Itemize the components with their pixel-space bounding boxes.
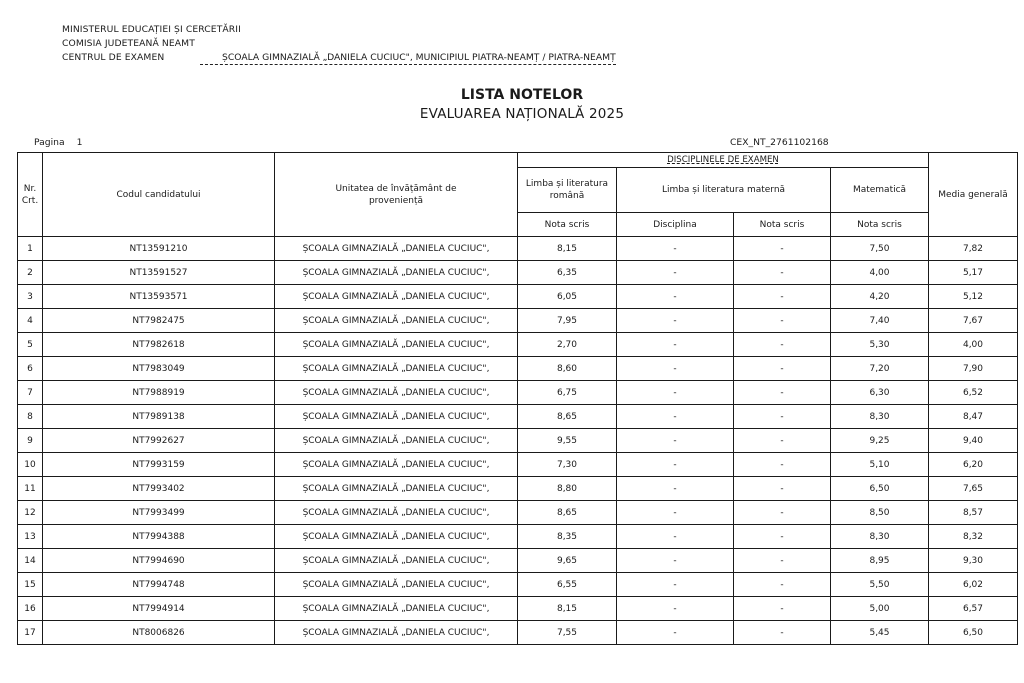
commission-name: COMISIA JUDETEANĂ NEAMT: [62, 38, 195, 50]
mother-tongue-discipline: -: [617, 573, 734, 597]
math-grade: 4,20: [831, 285, 929, 309]
table-row: 1NT13591210ȘCOALA GIMNAZIALĂ „DANIELA CU…: [18, 237, 1018, 261]
mother-tongue-grade: -: [734, 621, 831, 645]
average-grade: 5,12: [929, 285, 1018, 309]
romanian-grade: 8,15: [518, 237, 617, 261]
row-number: 7: [18, 381, 43, 405]
page-indicator: Pagina1: [34, 137, 82, 148]
romanian-grade: 8,35: [518, 525, 617, 549]
grades-table-body: 1NT13591210ȘCOALA GIMNAZIALĂ „DANIELA CU…: [18, 237, 1018, 645]
mother-tongue-discipline: -: [617, 525, 734, 549]
school-name: ȘCOALA GIMNAZIALĂ „DANIELA CUCIUC",: [275, 261, 518, 285]
header-school: Unitatea de învățământ de proveniență: [275, 153, 518, 237]
mother-tongue-discipline: -: [617, 477, 734, 501]
romanian-grade: 7,30: [518, 453, 617, 477]
row-number: 1: [18, 237, 43, 261]
table-row: 11NT7993402ȘCOALA GIMNAZIALĂ „DANIELA CU…: [18, 477, 1018, 501]
math-grade: 9,25: [831, 429, 929, 453]
candidate-code: NT7982475: [43, 309, 275, 333]
candidate-code: NT7993159: [43, 453, 275, 477]
school-name: ȘCOALA GIMNAZIALĂ „DANIELA CUCIUC",: [275, 549, 518, 573]
page-label: Pagina: [34, 137, 65, 148]
candidate-code: NT13591210: [43, 237, 275, 261]
mother-tongue-discipline: -: [617, 333, 734, 357]
school-name: ȘCOALA GIMNAZIALĂ „DANIELA CUCIUC",: [275, 597, 518, 621]
candidate-code: NT7993499: [43, 501, 275, 525]
school-name: ȘCOALA GIMNAZIALĂ „DANIELA CUCIUC",: [275, 405, 518, 429]
romanian-grade: 7,55: [518, 621, 617, 645]
mother-tongue-discipline: -: [617, 357, 734, 381]
mother-tongue-grade: -: [734, 333, 831, 357]
header-mother-tongue: Limba și literatura maternă: [617, 168, 831, 213]
math-grade: 7,50: [831, 237, 929, 261]
candidate-code: NT7982618: [43, 333, 275, 357]
table-row: 7NT7988919ȘCOALA GIMNAZIALĂ „DANIELA CUC…: [18, 381, 1018, 405]
candidate-code: NT8006826: [43, 621, 275, 645]
header-average: Media generală: [929, 153, 1018, 237]
math-grade: 6,30: [831, 381, 929, 405]
candidate-code: NT7983049: [43, 357, 275, 381]
school-name: ȘCOALA GIMNAZIALĂ „DANIELA CUCIUC",: [275, 237, 518, 261]
row-number: 15: [18, 573, 43, 597]
math-grade: 4,00: [831, 261, 929, 285]
average-grade: 7,82: [929, 237, 1018, 261]
mother-tongue-grade: -: [734, 453, 831, 477]
math-grade: 5,00: [831, 597, 929, 621]
row-number: 8: [18, 405, 43, 429]
mother-tongue-grade: -: [734, 381, 831, 405]
row-number: 16: [18, 597, 43, 621]
school-name: ȘCOALA GIMNAZIALĂ „DANIELA CUCIUC",: [275, 525, 518, 549]
math-grade: 8,30: [831, 525, 929, 549]
math-grade: 5,50: [831, 573, 929, 597]
row-number: 14: [18, 549, 43, 573]
school-name: ȘCOALA GIMNAZIALĂ „DANIELA CUCIUC",: [275, 621, 518, 645]
header-romanian: Limba și literatura română: [518, 168, 617, 213]
math-grade: 5,30: [831, 333, 929, 357]
mother-tongue-discipline: -: [617, 261, 734, 285]
average-grade: 7,67: [929, 309, 1018, 333]
school-name: ȘCOALA GIMNAZIALĂ „DANIELA CUCIUC",: [275, 453, 518, 477]
row-number: 9: [18, 429, 43, 453]
row-number: 10: [18, 453, 43, 477]
mother-tongue-grade: -: [734, 285, 831, 309]
average-grade: 7,90: [929, 357, 1018, 381]
candidate-code: NT7993402: [43, 477, 275, 501]
candidate-code: NT13593571: [43, 285, 275, 309]
average-grade: 4,00: [929, 333, 1018, 357]
mother-tongue-discipline: -: [617, 237, 734, 261]
page-number: 1: [77, 137, 83, 148]
header-candidate-code: Codul candidatului: [43, 153, 275, 237]
table-row: 14NT7994690ȘCOALA GIMNAZIALĂ „DANIELA CU…: [18, 549, 1018, 573]
table-row: 15NT7994748ȘCOALA GIMNAZIALĂ „DANIELA CU…: [18, 573, 1018, 597]
romanian-grade: 8,65: [518, 501, 617, 525]
romanian-grade: 8,15: [518, 597, 617, 621]
average-grade: 6,02: [929, 573, 1018, 597]
document-subtitle: EVALUAREA NAȚIONALĂ 2025: [0, 106, 1024, 122]
school-name: ȘCOALA GIMNAZIALĂ „DANIELA CUCIUC",: [275, 477, 518, 501]
average-grade: 6,52: [929, 381, 1018, 405]
mother-tongue-grade: -: [734, 573, 831, 597]
math-grade: 8,30: [831, 405, 929, 429]
math-grade: 7,20: [831, 357, 929, 381]
mother-tongue-discipline: -: [617, 597, 734, 621]
school-name: ȘCOALA GIMNAZIALĂ „DANIELA CUCIUC",: [275, 309, 518, 333]
exam-center-name: ȘCOALA GIMNAZIALĂ „DANIELA CUCIUC", MUNI…: [200, 52, 616, 65]
romanian-grade: 6,35: [518, 261, 617, 285]
table-row: 6NT7983049ȘCOALA GIMNAZIALĂ „DANIELA CUC…: [18, 357, 1018, 381]
mother-tongue-discipline: -: [617, 309, 734, 333]
average-grade: 9,30: [929, 549, 1018, 573]
candidate-code: NT7988919: [43, 381, 275, 405]
row-number: 13: [18, 525, 43, 549]
school-name: ȘCOALA GIMNAZIALĂ „DANIELA CUCIUC",: [275, 573, 518, 597]
mother-tongue-discipline: -: [617, 501, 734, 525]
average-grade: 9,40: [929, 429, 1018, 453]
header-exam-disciplines: DISCIPLINELE DE EXAMEN: [518, 153, 929, 168]
row-number: 11: [18, 477, 43, 501]
school-name: ȘCOALA GIMNAZIALĂ „DANIELA CUCIUC",: [275, 285, 518, 309]
mother-tongue-discipline: -: [617, 381, 734, 405]
table-row: 8NT7989138ȘCOALA GIMNAZIALĂ „DANIELA CUC…: [18, 405, 1018, 429]
math-grade: 8,95: [831, 549, 929, 573]
candidate-code: NT7994690: [43, 549, 275, 573]
table-row: 12NT7993499ȘCOALA GIMNAZIALĂ „DANIELA CU…: [18, 501, 1018, 525]
row-number: 17: [18, 621, 43, 645]
mother-tongue-grade: -: [734, 309, 831, 333]
mother-tongue-discipline: -: [617, 429, 734, 453]
romanian-grade: 8,65: [518, 405, 617, 429]
table-row: 9NT7992627ȘCOALA GIMNAZIALĂ „DANIELA CUC…: [18, 429, 1018, 453]
math-grade: 6,50: [831, 477, 929, 501]
document-code: CEX_NT_2761102168: [730, 137, 829, 148]
header-mother-tongue-discipline: Disciplina: [617, 213, 734, 237]
mother-tongue-grade: -: [734, 501, 831, 525]
row-number: 6: [18, 357, 43, 381]
header-math: Matematică: [831, 168, 929, 213]
header-romanian-grade: Nota scris: [518, 213, 617, 237]
grades-table: Nr. Crt. Codul candidatului Unitatea de …: [17, 152, 1018, 645]
mother-tongue-discipline: -: [617, 453, 734, 477]
mother-tongue-grade: -: [734, 261, 831, 285]
average-grade: 7,65: [929, 477, 1018, 501]
math-grade: 8,50: [831, 501, 929, 525]
row-number: 5: [18, 333, 43, 357]
romanian-grade: 8,60: [518, 357, 617, 381]
table-row: 4NT7982475ȘCOALA GIMNAZIALĂ „DANIELA CUC…: [18, 309, 1018, 333]
row-number: 3: [18, 285, 43, 309]
mother-tongue-grade: -: [734, 237, 831, 261]
candidate-code: NT7989138: [43, 405, 275, 429]
mother-tongue-grade: -: [734, 525, 831, 549]
table-row: 13NT7994388ȘCOALA GIMNAZIALĂ „DANIELA CU…: [18, 525, 1018, 549]
average-grade: 5,17: [929, 261, 1018, 285]
table-row: 3NT13593571ȘCOALA GIMNAZIALĂ „DANIELA CU…: [18, 285, 1018, 309]
table-row: 17NT8006826ȘCOALA GIMNAZIALĂ „DANIELA CU…: [18, 621, 1018, 645]
average-grade: 8,57: [929, 501, 1018, 525]
average-grade: 8,47: [929, 405, 1018, 429]
mother-tongue-grade: -: [734, 477, 831, 501]
candidate-code: NT7994914: [43, 597, 275, 621]
ministry-name: MINISTERUL EDUCAȚIEI ȘI CERCETĂRII: [62, 24, 241, 36]
header-math-grade: Nota scris: [831, 213, 929, 237]
average-grade: 6,20: [929, 453, 1018, 477]
candidate-code: NT7992627: [43, 429, 275, 453]
average-grade: 6,57: [929, 597, 1018, 621]
romanian-grade: 6,75: [518, 381, 617, 405]
romanian-grade: 8,80: [518, 477, 617, 501]
school-name: ȘCOALA GIMNAZIALĂ „DANIELA CUCIUC",: [275, 333, 518, 357]
mother-tongue-discipline: -: [617, 405, 734, 429]
romanian-grade: 6,05: [518, 285, 617, 309]
romanian-grade: 6,55: [518, 573, 617, 597]
romanian-grade: 9,65: [518, 549, 617, 573]
mother-tongue-discipline: -: [617, 549, 734, 573]
mother-tongue-grade: -: [734, 429, 831, 453]
romanian-grade: 2,70: [518, 333, 617, 357]
average-grade: 6,50: [929, 621, 1018, 645]
exam-center-label: CENTRUL DE EXAMEN: [62, 52, 164, 64]
row-number: 12: [18, 501, 43, 525]
romanian-grade: 9,55: [518, 429, 617, 453]
math-grade: 5,45: [831, 621, 929, 645]
school-name: ȘCOALA GIMNAZIALĂ „DANIELA CUCIUC",: [275, 381, 518, 405]
header-mother-tongue-grade: Nota scris: [734, 213, 831, 237]
mother-tongue-grade: -: [734, 597, 831, 621]
mother-tongue-grade: -: [734, 405, 831, 429]
table-row: 16NT7994914ȘCOALA GIMNAZIALĂ „DANIELA CU…: [18, 597, 1018, 621]
document-title: LISTA NOTELOR: [0, 87, 1024, 103]
average-grade: 8,32: [929, 525, 1018, 549]
mother-tongue-grade: -: [734, 549, 831, 573]
school-name: ȘCOALA GIMNAZIALĂ „DANIELA CUCIUC",: [275, 501, 518, 525]
mother-tongue-discipline: -: [617, 621, 734, 645]
table-row: 2NT13591527ȘCOALA GIMNAZIALĂ „DANIELA CU…: [18, 261, 1018, 285]
school-name: ȘCOALA GIMNAZIALĂ „DANIELA CUCIUC",: [275, 429, 518, 453]
math-grade: 5,10: [831, 453, 929, 477]
header-nr-crt: Nr. Crt.: [18, 153, 43, 237]
mother-tongue-grade: -: [734, 357, 831, 381]
math-grade: 7,40: [831, 309, 929, 333]
candidate-code: NT7994388: [43, 525, 275, 549]
school-name: ȘCOALA GIMNAZIALĂ „DANIELA CUCIUC",: [275, 357, 518, 381]
romanian-grade: 7,95: [518, 309, 617, 333]
candidate-code: NT7994748: [43, 573, 275, 597]
candidate-code: NT13591527: [43, 261, 275, 285]
table-row: 5NT7982618ȘCOALA GIMNAZIALĂ „DANIELA CUC…: [18, 333, 1018, 357]
mother-tongue-discipline: -: [617, 285, 734, 309]
table-row: 10NT7993159ȘCOALA GIMNAZIALĂ „DANIELA CU…: [18, 453, 1018, 477]
row-number: 4: [18, 309, 43, 333]
row-number: 2: [18, 261, 43, 285]
